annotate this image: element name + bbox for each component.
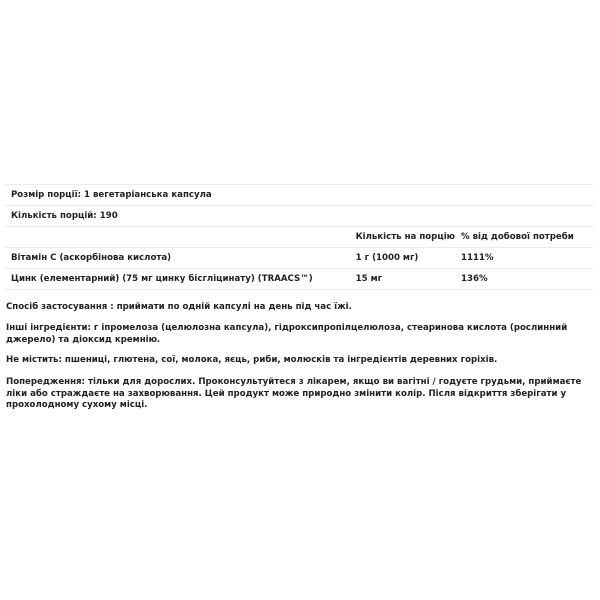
nutrient-daily-value: 1111% — [461, 248, 593, 269]
table-row: Вітамін C (аскорбінова кислота) 1 г (100… — [5, 248, 593, 269]
serving-size-row: Розмір порції: 1 вегетаріанська капсула — [5, 185, 593, 206]
table-header-row: Кількість на порцію % від добової потреб… — [5, 227, 593, 248]
header-name-cell — [5, 227, 356, 248]
supplement-facts-table-container: Розмір порції: 1 вегетаріанська капсула … — [5, 184, 593, 290]
warning-text: Попередження: тільки для дорослих. Проко… — [6, 377, 596, 412]
usage-text: Спосіб застосування : приймати по одній … — [6, 302, 596, 314]
nutrient-name: Вітамін C (аскорбінова кислота) — [5, 248, 356, 269]
nutrient-amount: 1 г (1000 мг) — [356, 248, 461, 269]
other-ingredients-text: Інші інгредієнти: г іпромелоза (целюлозн… — [6, 323, 596, 346]
serving-size: Розмір порції: 1 вегетаріанська капсула — [5, 185, 593, 206]
header-amount: Кількість на порцію — [356, 227, 461, 248]
free-from-text: Не містить: пшениці, глютена, сої, молок… — [6, 355, 596, 367]
supplement-facts-table: Розмір порції: 1 вегетаріанська капсула … — [5, 184, 593, 290]
servings-count: Кількість порцій: 190 — [5, 206, 593, 227]
nutrient-name: Цинк (елементарний) (75 мг цинку бісгліц… — [5, 269, 356, 290]
table-row: Цинк (елементарний) (75 мг цинку бісгліц… — [5, 269, 593, 290]
servings-count-row: Кількість порцій: 190 — [5, 206, 593, 227]
header-daily-value: % від добової потреби — [461, 227, 593, 248]
nutrient-amount: 15 мг — [356, 269, 461, 290]
nutrient-daily-value: 136% — [461, 269, 593, 290]
